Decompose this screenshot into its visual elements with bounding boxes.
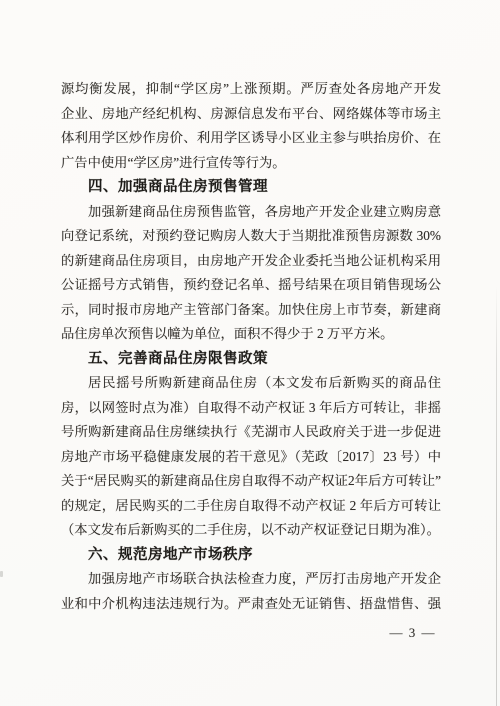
section-heading-6: 六、规范房地产市场秩序 xyxy=(61,543,441,568)
doc-line: 居民摇号所购新建商品住房（本文发布后新购买的商品住 xyxy=(61,371,441,396)
doc-line: 加强房地产市场联合执法检查力度，严厉打击房地产开发企 xyxy=(61,567,441,592)
doc-line: 广告中使用“学区房”进行宣传等行为。 xyxy=(61,151,441,176)
document-text-block: 源均衡发展，抑制“学区房”上涨预期。严厉查处各房地产开发 企业、房地产经纪机构、… xyxy=(61,77,441,616)
doc-line: 号所购新建商品住房继续执行《芜湖市人民政府关于进一步促进 xyxy=(61,420,441,445)
doc-line: （本文发布后新购买的二手住房，以不动产权证登记日期为准）。 xyxy=(61,518,441,543)
page-number: — 3 — xyxy=(390,624,437,642)
scan-edge-artifact-line xyxy=(496,285,497,706)
doc-line: 示，同时报市房地产主管部门备案。加快住房上市节奏，新建商 xyxy=(61,298,441,323)
doc-line: 源均衡发展，抑制“学区房”上涨预期。严厉查处各房地产开发 xyxy=(61,77,441,102)
doc-line: 企业、房地产经纪机构、房源信息发布平台、网络媒体等市场主 xyxy=(61,102,441,127)
doc-line: 关于“居民购买的新建商品住房自取得不动产权证2年后方可转让” xyxy=(61,469,441,494)
doc-line: 品住房单次预售以幢为单位，面积不得少于 2 万平方米。 xyxy=(61,322,441,347)
scanned-document-page: 源均衡发展，抑制“学区房”上涨预期。严厉查处各房地产开发 企业、房地产经纪机构、… xyxy=(0,0,500,706)
doc-line: 公证摇号方式销售，预约登记名单、摇号结果在项目销售现场公 xyxy=(61,273,441,298)
section-heading-4: 四、加强商品住房预售管理 xyxy=(61,175,441,200)
section-heading-5: 五、完善商品住房限售政策 xyxy=(61,347,441,372)
doc-line: 加强新建商品住房预售监管，各房地产开发企业建立购房意 xyxy=(61,200,441,225)
doc-line: 向登记系统，对预约登记购房人数大于当期批准预售房源数 30% xyxy=(61,224,441,249)
doc-line: 房，以网签时点为准）自取得不动产权证 3 年后方可转让，非摇 xyxy=(61,396,441,421)
doc-line: 体利用学区炒作房价、利用学区诱导小区业主参与哄抬房价、在 xyxy=(61,126,441,151)
doc-line: 的规定，居民购买的二手住房自取得不动产权证 2 年后方可转让 xyxy=(61,494,441,519)
doc-line: 业和中介机构违法违规行为。严肃查处无证销售、捂盘惜售、强 xyxy=(61,592,441,617)
doc-line: 的新建商品住房项目，由房地产开发企业委托当地公证机构采用 xyxy=(61,249,441,274)
doc-line: 房地产市场平稳健康发展的若干意见》（芜政〔2017〕23 号）中 xyxy=(61,445,441,470)
scan-speck-artifact xyxy=(0,571,3,577)
